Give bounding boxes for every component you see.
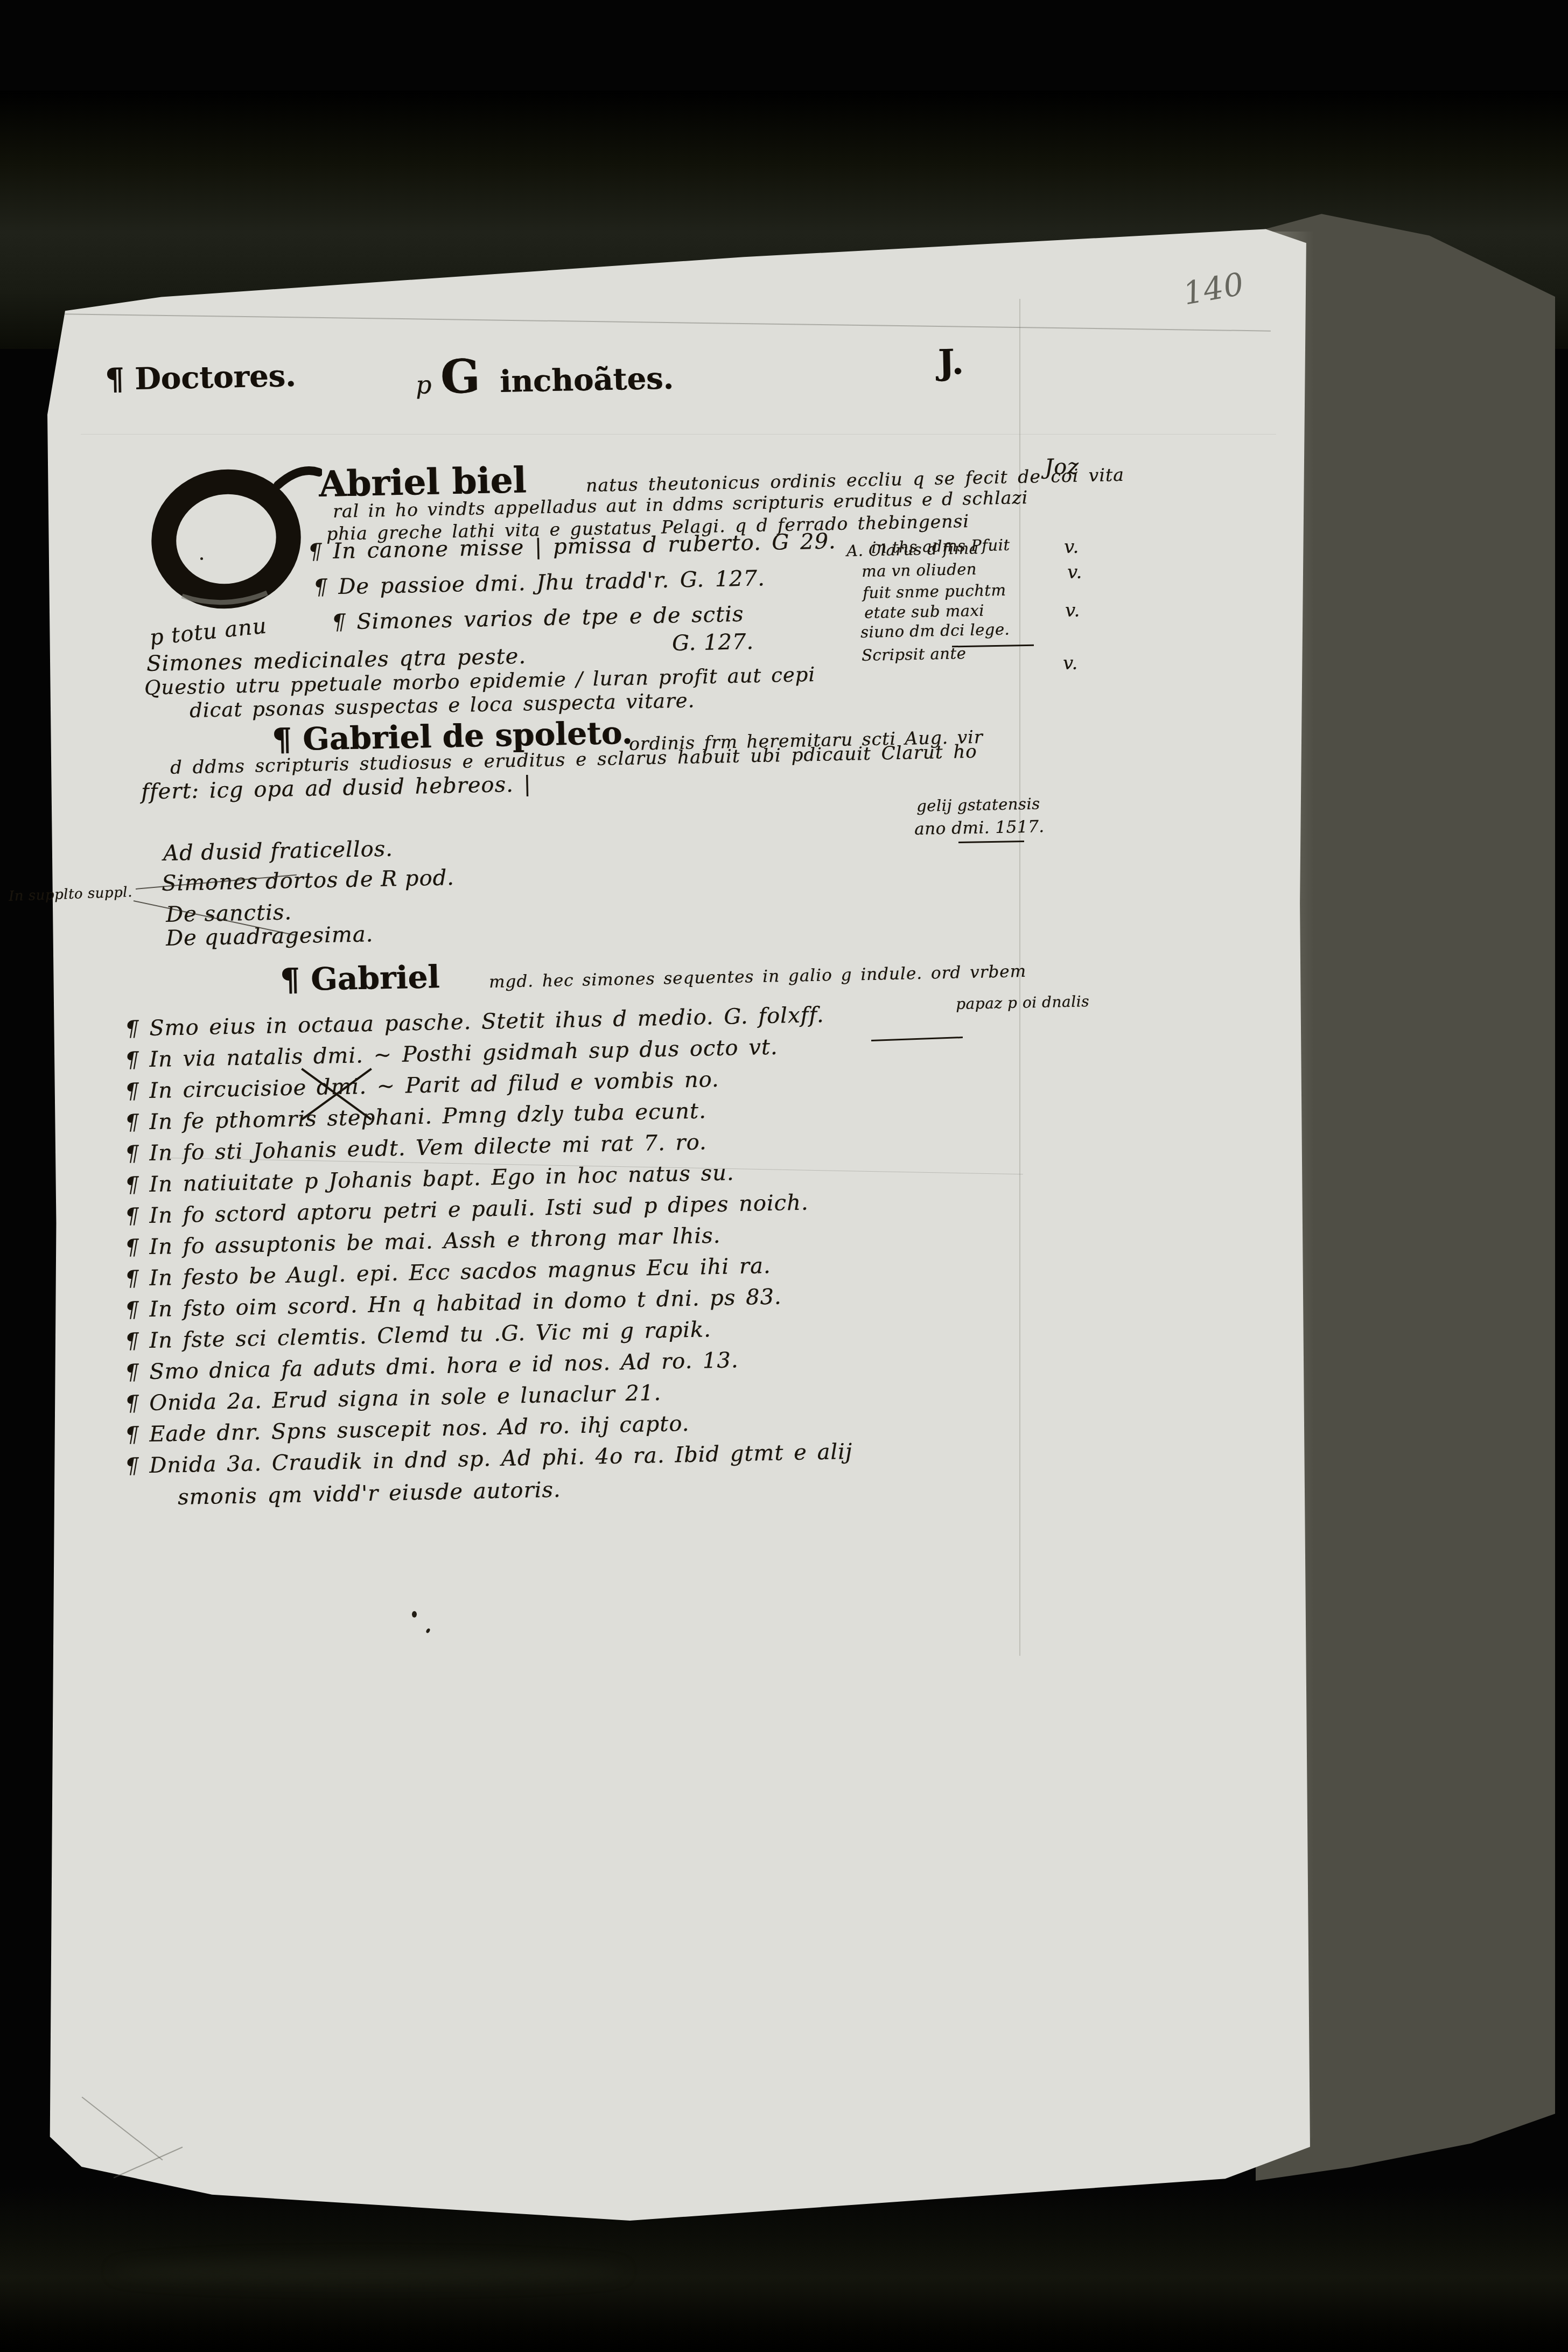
running-title-center-initial: G [440,349,480,404]
gabriel-heading-note: papaz p oi dnalis [956,992,1089,1013]
running-title-center-pre: p [415,370,432,400]
nota-mark-2: v. [1067,561,1083,583]
gabriel-heading: ¶ Gabriel [279,958,440,998]
initial-G-drawing [144,464,322,614]
illuminated-initial-G: G [144,453,322,604]
shadow-table-reflection [113,2259,625,2284]
nota-mark-3: v. [1065,599,1081,621]
biel-margin-note-4: etate sub maxi [864,601,985,622]
nota-mark-4: v. [1063,652,1079,674]
nota-mark-1: v. [1064,536,1080,558]
running-title-center: inchoãtes. [499,361,674,400]
gathering-letter: J. [937,342,964,383]
biel-margin-note-1: A. Clarus d fima [846,539,979,560]
running-title-left: ¶ Doctores. [104,358,296,397]
biel-margin-note-6: Scripsit ante [862,644,967,664]
ruled-line-horizontal [81,434,1276,435]
biel-margin-note-3: fuit snme puchtm [863,581,1006,602]
spoleto-work-2: Ad dusid fraticellos. [163,836,394,866]
spoleto-work-4: De sanctis. [166,900,292,927]
spoleto-margin-note-1: gelij gstatensis [916,794,1040,815]
biel-margin-note-5: siuno dm dci lege. [860,620,1010,641]
spoleto-margin-note-2: ano dmi. 1517. [914,817,1045,839]
biel-margin-mark: Joz [1045,454,1080,480]
manuscript-photo: ¶ Doctores. p G inchoãtes. J. 140 G Abri… [0,0,1568,2352]
biel-entry-3-ref: G. 127. [672,629,754,656]
ink-speck-1 [412,1611,417,1618]
biel-margin-note-2: ma vn oliuden [862,560,977,580]
spoleto-work-5: De quadragesima. [166,922,374,951]
